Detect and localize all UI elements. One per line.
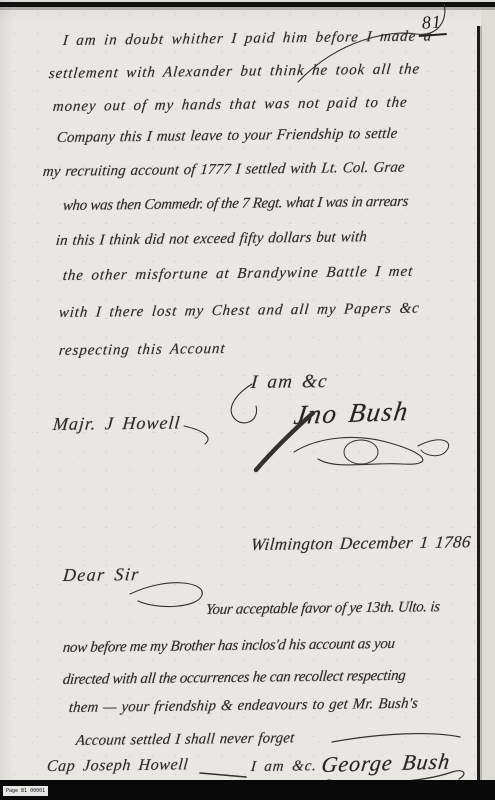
letter2-dateline: Wilmington December 1 1786: [250, 532, 472, 555]
letter1-line: respecting this Account: [58, 341, 226, 360]
letter2-line: Your acceptable favor of ye 13th. Ulto. …: [205, 599, 440, 619]
footer-label: Page 81 00001: [3, 786, 48, 796]
letter1-closing: I am &c: [250, 371, 329, 394]
letter2-addressee: Cap Joseph Howell: [46, 756, 189, 776]
letter2-signature: George Bush: [320, 749, 452, 778]
manuscript-scan: 81 I am in doubt whither I paid him befo…: [0, 0, 495, 800]
letter2-line: Account settled I shall never forget: [75, 730, 295, 750]
scan-top-border: [0, 2, 495, 7]
letter2-salutation: Dear Sir: [62, 564, 141, 586]
scan-right-margin: [481, 7, 495, 780]
letter1-addressee: Majr. J Howell: [52, 412, 181, 435]
letter2-closing: I am &c.: [250, 758, 318, 776]
scan-bottom-bar: [0, 780, 495, 800]
letter1-signature: Jno Bush: [292, 396, 411, 431]
scan-right-border: [477, 26, 480, 780]
